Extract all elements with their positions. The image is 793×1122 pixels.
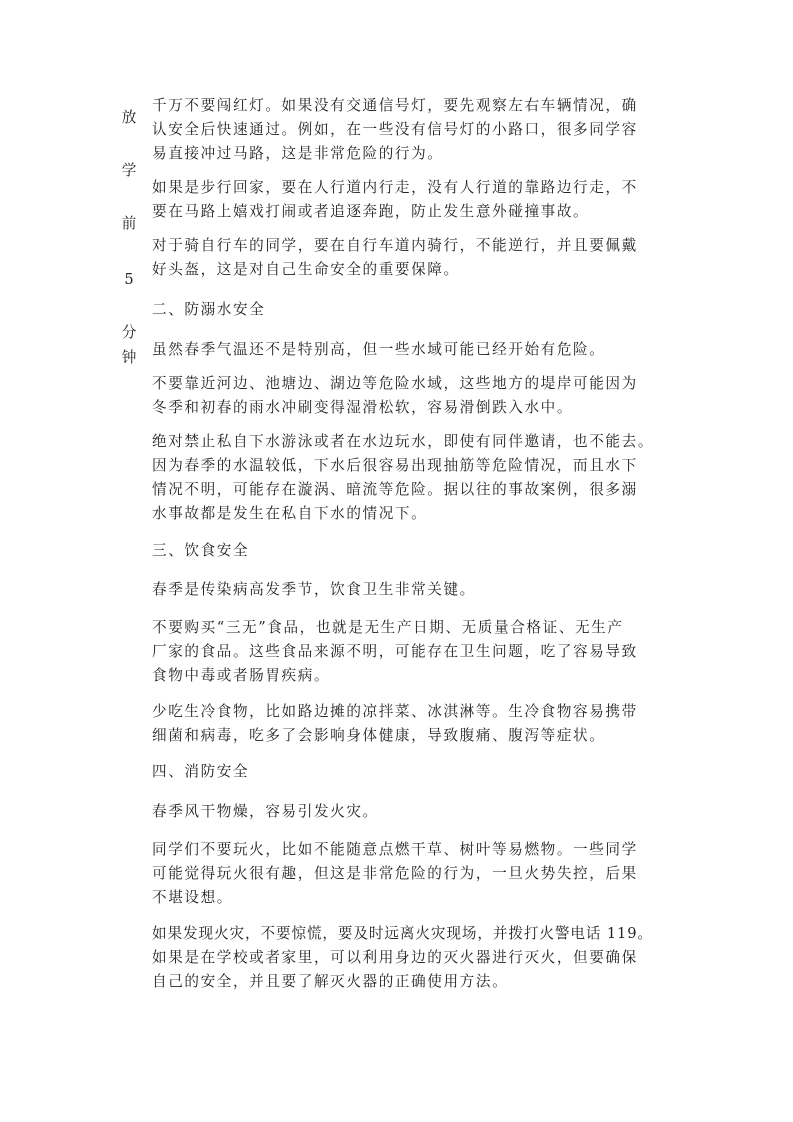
text-line: 春季是传染病高发季节，饮食卫生非常关键。 [152,578,476,602]
side-title-char: 学 [119,161,139,181]
text-line: 因为春季的水温较低，下水后很容易出现抽筋等危险情况，而且水下 [152,454,638,478]
text-line: 冬季和初春的雨水冲刷变得湿滑松软，容易滑倒跌入水中。 [152,396,573,420]
side-title-char: 钟 [119,348,139,368]
text-line: 情况不明，可能存在漩涡、暗流等危险。据以往的事故案例，很多溺 [152,478,638,502]
side-title-char: 分 [119,323,139,343]
text-line: 不要靠近河边、池塘边、湖边等危险水域，这些地方的堤岸可能因为 [152,372,638,396]
text-line: 自己的安全，并且要了解灭火器的正确使用方法。 [152,970,508,994]
section-heading: 三、饮食安全 [152,539,249,563]
text-line: 对于骑自行车的同学，要在自行车道内骑行，不能逆行，并且要佩戴 [152,234,638,258]
text-line: 厂家的食品。这些食品来源不明，可能存在卫生问题，吃了容易导致 [152,640,638,664]
text-line: 同学们不要玩火，比如不能随意点燃干草、树叶等易燃物。一些同学 [152,838,638,862]
text-line: 不要购买“三无”食品，也就是无生产日期、无质量合格证、无生产 [152,616,624,640]
side-title-char: 放 [119,108,139,128]
text-line: 食物中毒或者肠胃疾病。 [152,664,330,688]
section-heading: 四、消防安全 [152,760,249,784]
text-line: 认安全后快速通过。例如，在一些没有信号灯的小路口，很多同学容 [152,118,638,142]
side-title-char: 前 [119,214,139,234]
text-line: 春季风干物燥，容易引发火灾。 [152,800,379,824]
text-line: 不堪设想。 [152,886,233,910]
text-line: 如果是步行回家，要在人行道内行走，没有人行道的靠路边行走，不 [152,176,638,200]
text-line: 易直接冲过马路，这是非常危险的行为。 [152,142,444,166]
text-line: 如果发现火灾，不要惊慌，要及时远离火灾现场，并拨打火警电话 119。 [152,922,653,946]
section-heading: 二、防溺水安全 [152,298,265,322]
text-line: 可能觉得玩火很有趣，但这是非常危险的行为，一旦火势失控，后果 [152,862,638,886]
side-title-char: 5 [119,270,139,290]
text-line: 千万不要闯红灯。如果没有交通信号灯，要先观察左右车辆情况，确 [152,94,638,118]
text-line: 细菌和病毒，吃多了会影响身体健康，导致腹痛、腹泻等症状。 [152,724,605,748]
text-line: 虽然春季气温还不是特别高，但一些水域可能已经开始有危险。 [152,338,605,362]
text-line: 少吃生冷食物，比如路边摊的凉拌菜、冰淇淋等。生冷食物容易携带 [152,700,638,724]
text-line: 要在马路上嬉戏打闹或者追逐奔跑，防止发生意外碰撞事故。 [152,200,589,224]
text-line: 水事故都是发生在私自下水的情况下。 [152,502,427,526]
text-line: 绝对禁止私自下水游泳或者在水边玩水，即使有同伴邀请，也不能去。 [152,430,654,454]
text-line: 好头盔，这是对自己生命安全的重要保障。 [152,258,460,282]
text-line: 如果是在学校或者家里，可以利用身边的灭火器进行灭火，但要确保 [152,946,638,970]
